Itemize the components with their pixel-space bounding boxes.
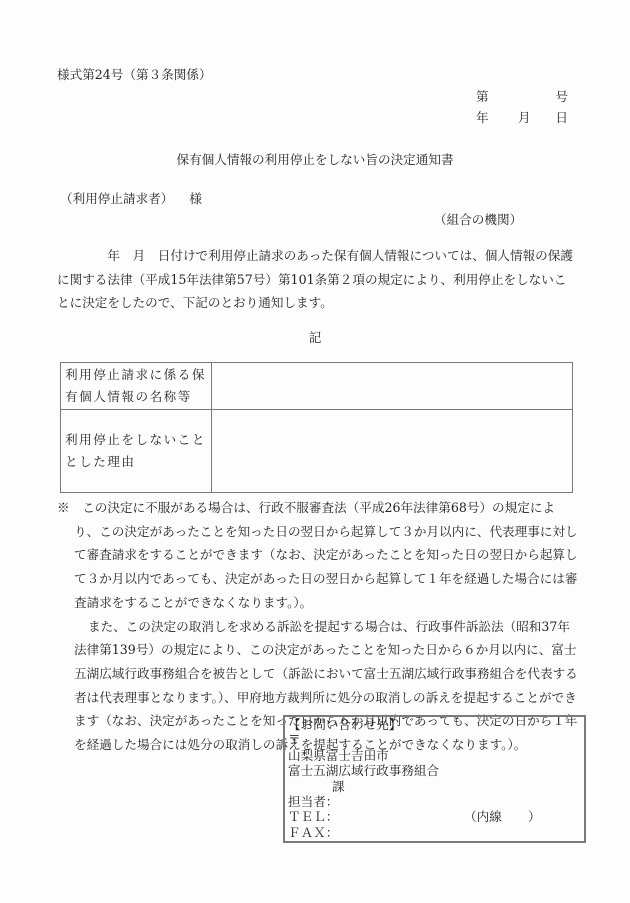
tel-label: ＴＥＬ： [288, 809, 338, 824]
ki-heading: 記 [0, 327, 630, 346]
number-suffix: 号 [555, 86, 568, 105]
record-table: 利用停止請求に係る保有個人情報の名称等 利用停止をしないこととした理由 [60, 362, 573, 493]
row-label: 利用停止をしないこととした理由 [61, 410, 212, 493]
body-paragraph: 年 月 日付けで利用停止請求のあった保有個人情報については、個人情報の保護に関す… [57, 244, 577, 315]
contact-section: 課 [288, 779, 584, 794]
page-title: 保有個人情報の利用停止をしない旨の決定通知書 [0, 149, 630, 168]
addressee-label: （利用停止請求者） [60, 191, 173, 206]
contact-tel: ＴＥＬ： （内線 ） [288, 809, 584, 824]
document-number: 第 号 [476, 86, 568, 105]
row-value[interactable] [212, 363, 573, 410]
contact-heading: 【お問い合わせ先】 [288, 717, 584, 732]
contact-person: 担当者： [288, 794, 584, 809]
table-row: 利用停止請求に係る保有個人情報の名称等 [61, 363, 573, 410]
contact-org: 富士五湖広域行政事務組合 [288, 763, 584, 778]
addressee: （利用停止請求者）様 [60, 188, 202, 207]
contact-fax: ＦＡＸ： [288, 825, 584, 840]
issuer: （組合の機関） [434, 209, 522, 228]
contact-city: 山梨県富士吉田市 [288, 748, 584, 763]
form-id: 様式第24号（第３条関係） [57, 64, 212, 83]
number-prefix: 第 [476, 89, 489, 104]
addressee-honorific: 様 [189, 191, 202, 206]
table-row: 利用停止をしないこととした理由 [61, 410, 573, 493]
extension-open: （内線 [464, 809, 502, 824]
row-value[interactable] [212, 410, 573, 493]
document-date: 年 月 日 [476, 107, 568, 126]
date-year: 年 [476, 110, 489, 125]
postal-mark: 〒 [288, 732, 584, 747]
note-appeal: ※ この決定に不服がある場合は、行政不服審査法（平成26年法律第68号）の規定に… [57, 496, 579, 615]
date-month: 月 [518, 107, 531, 126]
contact-box: 【お問い合わせ先】 〒 山梨県富士吉田市 富士五湖広域行政事務組合 課 担当者：… [283, 715, 586, 843]
extension-close: ） [528, 809, 541, 824]
row-label: 利用停止請求に係る保有個人情報の名称等 [61, 363, 212, 410]
date-day: 日 [555, 107, 568, 126]
